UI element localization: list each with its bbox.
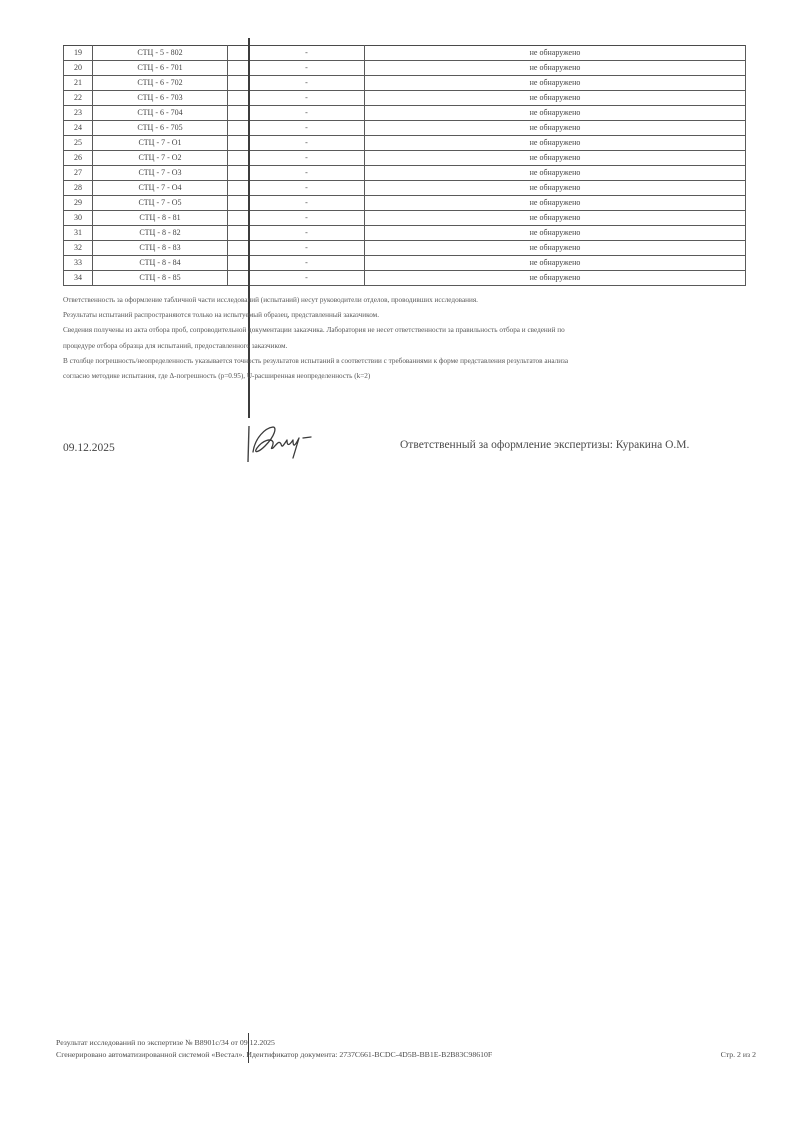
sample-code: СТЦ - 7 - О4 — [93, 181, 228, 196]
empty-cell — [228, 121, 249, 136]
document-page: 19СТЦ - 5 - 802-не обнаружено20СТЦ - 6 -… — [0, 0, 800, 1130]
result-cell: не обнаружено — [365, 136, 746, 151]
row-number: 34 — [64, 271, 93, 286]
note-line: согласно методике испытания, где Δ-погре… — [63, 369, 763, 384]
note-line: Сведения получены из акта отбора проб, с… — [63, 323, 763, 338]
empty-cell — [228, 91, 249, 106]
note-line: В столбце погрешность/неопределенность у… — [63, 354, 763, 369]
row-number: 20 — [64, 61, 93, 76]
result-cell: не обнаружено — [365, 241, 746, 256]
table-row: 32СТЦ - 8 - 83-не обнаружено — [64, 241, 746, 256]
row-number: 29 — [64, 196, 93, 211]
result-cell: не обнаружено — [365, 121, 746, 136]
row-number: 27 — [64, 166, 93, 181]
row-number: 28 — [64, 181, 93, 196]
row-number: 23 — [64, 106, 93, 121]
sample-code: СТЦ - 5 - 802 — [93, 46, 228, 61]
sample-code: СТЦ - 8 - 85 — [93, 271, 228, 286]
table-row: 30СТЦ - 8 - 81-не обнаружено — [64, 211, 746, 226]
notes-block: Ответственность за оформление табличной … — [63, 293, 763, 384]
value-cell: - — [249, 91, 365, 106]
note-line: процедуре отбора образца для испытаний, … — [63, 339, 763, 354]
page-number: Стр. 2 из 2 — [721, 1049, 756, 1061]
empty-cell — [228, 211, 249, 226]
sample-code: СТЦ - 8 - 84 — [93, 256, 228, 271]
empty-cell — [228, 196, 249, 211]
signature-icon — [243, 418, 343, 466]
result-cell: не обнаружено — [365, 196, 746, 211]
value-cell: - — [249, 226, 365, 241]
note-line: Результаты испытаний распространяются то… — [63, 308, 763, 323]
empty-cell — [228, 226, 249, 241]
empty-cell — [228, 271, 249, 286]
sample-code: СТЦ - 7 - О1 — [93, 136, 228, 151]
result-cell: не обнаружено — [365, 181, 746, 196]
value-cell: - — [249, 151, 365, 166]
sample-code: СТЦ - 6 - 705 — [93, 121, 228, 136]
value-cell: - — [249, 121, 365, 136]
empty-cell — [228, 61, 249, 76]
result-cell: не обнаружено — [365, 256, 746, 271]
table-row: 23СТЦ - 6 - 704-не обнаружено — [64, 106, 746, 121]
empty-cell — [228, 256, 249, 271]
signature-date: 09.12.2025 — [63, 442, 115, 454]
result-cell: не обнаружено — [365, 46, 746, 61]
sample-code: СТЦ - 8 - 81 — [93, 211, 228, 226]
table-row: 19СТЦ - 5 - 802-не обнаружено — [64, 46, 746, 61]
sample-code: СТЦ - 7 - О2 — [93, 151, 228, 166]
table-row: 24СТЦ - 6 - 705-не обнаружено — [64, 121, 746, 136]
result-cell: не обнаружено — [365, 106, 746, 121]
value-cell: - — [249, 106, 365, 121]
row-number: 25 — [64, 136, 93, 151]
value-cell: - — [249, 271, 365, 286]
table-row: 22СТЦ - 6 - 703-не обнаружено — [64, 91, 746, 106]
row-number: 33 — [64, 256, 93, 271]
table-row: 27СТЦ - 7 - О3-не обнаружено — [64, 166, 746, 181]
value-cell: - — [249, 136, 365, 151]
empty-cell — [228, 106, 249, 121]
result-cell: не обнаружено — [365, 91, 746, 106]
row-number: 21 — [64, 76, 93, 91]
table-row: 34СТЦ - 8 - 85-не обнаружено — [64, 271, 746, 286]
row-number: 19 — [64, 46, 93, 61]
value-cell: - — [249, 181, 365, 196]
empty-cell — [228, 136, 249, 151]
responsible-person: Ответственный за оформление экспертизы: … — [400, 439, 689, 451]
value-cell: - — [249, 46, 365, 61]
table-row: 31СТЦ - 8 - 82-не обнаружено — [64, 226, 746, 241]
value-cell: - — [249, 61, 365, 76]
table-row: 29СТЦ - 7 - О5-не обнаружено — [64, 196, 746, 211]
value-cell: - — [249, 166, 365, 181]
table-row: 33СТЦ - 8 - 84-не обнаружено — [64, 256, 746, 271]
table-row: 21СТЦ - 6 - 702-не обнаружено — [64, 76, 746, 91]
footer-result-ref: Результат исследований по экспертизе № В… — [56, 1037, 756, 1049]
result-cell: не обнаружено — [365, 271, 746, 286]
result-cell: не обнаружено — [365, 166, 746, 181]
note-line: Ответственность за оформление табличной … — [63, 293, 763, 308]
result-cell: не обнаружено — [365, 61, 746, 76]
table-row: 26СТЦ - 7 - О2-не обнаружено — [64, 151, 746, 166]
sample-code: СТЦ - 6 - 701 — [93, 61, 228, 76]
empty-cell — [228, 241, 249, 256]
table-row: 20СТЦ - 6 - 701-не обнаружено — [64, 61, 746, 76]
sample-code: СТЦ - 6 - 704 — [93, 106, 228, 121]
empty-cell — [228, 76, 249, 91]
sample-code: СТЦ - 8 - 83 — [93, 241, 228, 256]
value-cell: - — [249, 256, 365, 271]
value-cell: - — [249, 196, 365, 211]
sample-code: СТЦ - 6 - 703 — [93, 91, 228, 106]
page-footer: Результат исследований по экспертизе № В… — [56, 1037, 756, 1061]
result-cell: не обнаружено — [365, 226, 746, 241]
result-cell: не обнаружено — [365, 76, 746, 91]
footer-generated-by: Сгенерировано автоматизированной системо… — [56, 1049, 492, 1061]
result-cell: не обнаружено — [365, 151, 746, 166]
empty-cell — [228, 151, 249, 166]
value-cell: - — [249, 76, 365, 91]
value-cell: - — [249, 211, 365, 226]
empty-cell — [228, 166, 249, 181]
result-cell: не обнаружено — [365, 211, 746, 226]
sample-code: СТЦ - 6 - 702 — [93, 76, 228, 91]
row-number: 32 — [64, 241, 93, 256]
sample-code: СТЦ - 7 - О3 — [93, 166, 228, 181]
table-row: 28СТЦ - 7 - О4-не обнаружено — [64, 181, 746, 196]
row-number: 30 — [64, 211, 93, 226]
empty-cell — [228, 46, 249, 61]
sample-code: СТЦ - 7 - О5 — [93, 196, 228, 211]
table-row: 25СТЦ - 7 - О1-не обнаружено — [64, 136, 746, 151]
row-number: 26 — [64, 151, 93, 166]
value-cell: - — [249, 241, 365, 256]
row-number: 31 — [64, 226, 93, 241]
empty-cell — [228, 181, 249, 196]
sample-code: СТЦ - 8 - 82 — [93, 226, 228, 241]
row-number: 22 — [64, 91, 93, 106]
results-table: 19СТЦ - 5 - 802-не обнаружено20СТЦ - 6 -… — [63, 45, 746, 286]
row-number: 24 — [64, 121, 93, 136]
